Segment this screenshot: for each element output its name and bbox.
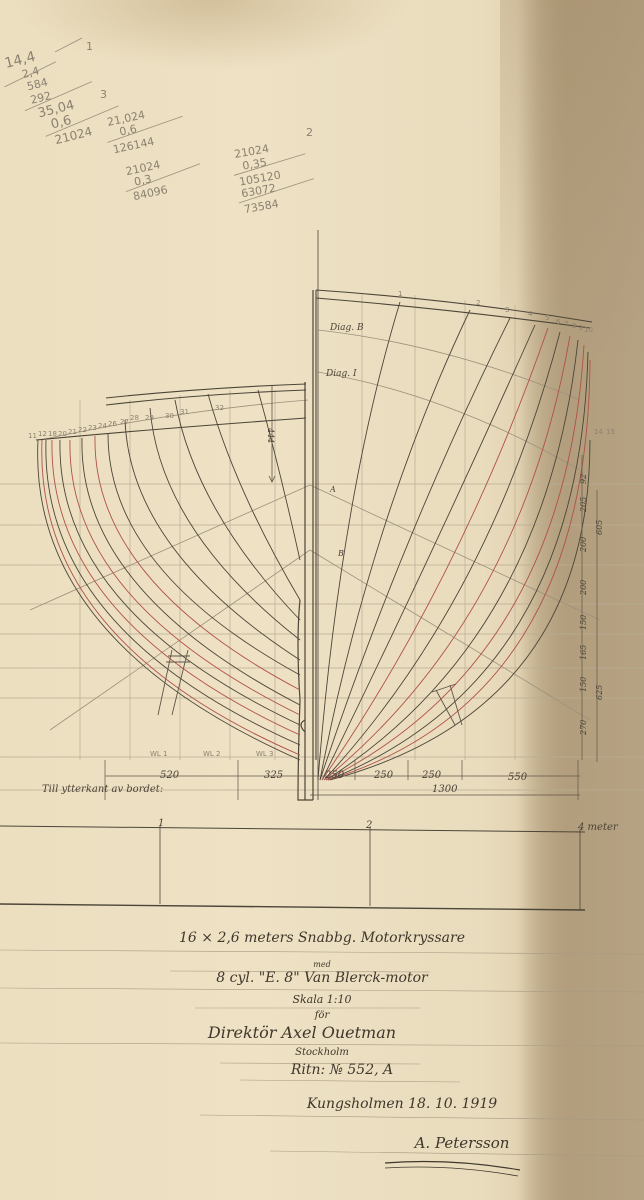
signature-flourish — [0, 0, 644, 1200]
